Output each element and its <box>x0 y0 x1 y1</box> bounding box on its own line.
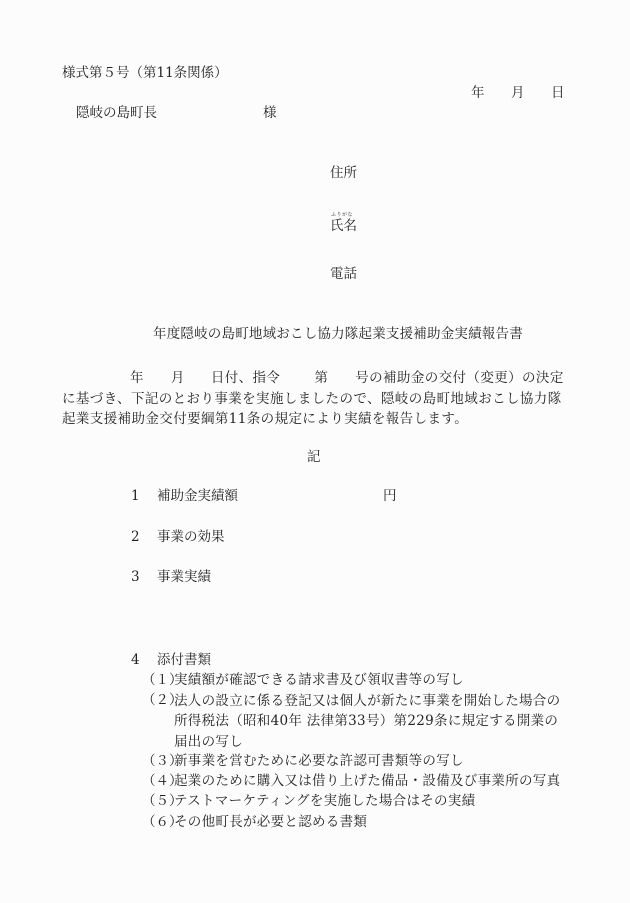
body-month: 月 <box>171 370 185 386</box>
item-4-label: 添付書類 <box>157 654 211 668</box>
date-day-label: 日 <box>551 87 565 101</box>
attachment-4-text: 起業のために購入又は借り上げた備品・設備及び事業所の写真 <box>174 775 560 789</box>
attachment-5-text: テストマーケティングを実施した場合はその実績 <box>174 795 475 809</box>
form-number: 様式第５号（第11条関係） <box>62 67 228 81</box>
item-3-number: 3 <box>131 571 140 585</box>
attachment-6-text: その他町長が必要と認める書類 <box>174 816 367 830</box>
name-label-with-furigana: ふりがな 氏名 <box>330 220 357 234</box>
item-1-label: 補助金実績額 <box>157 490 238 504</box>
item-1-number: 1 <box>131 490 140 504</box>
attachment-3-text: 新事業を営むために必要な許認可書類等の写し <box>174 755 464 769</box>
honorific: 様 <box>263 107 277 121</box>
date-month-label: 月 <box>511 87 525 101</box>
body-year: 年 <box>130 370 144 386</box>
item-3-label: 事業実績 <box>157 571 211 585</box>
item-4-number: 4 <box>131 654 140 668</box>
phone-label: 電話 <box>330 268 357 282</box>
addressee: 隠岐の島町長 <box>76 107 157 121</box>
report-title: 年度隠岐の島町地域おこし協力隊起業支援補助金実績報告書 <box>153 328 523 342</box>
body-paragraph: 年月日付、指令第号の補助金の交付（変更）の決定に基づき、下記のとおり事業を実施し… <box>62 368 567 430</box>
item-2-number: 2 <box>131 531 140 545</box>
address-label: 住所 <box>330 167 357 181</box>
item-2-label: 事業の効果 <box>157 531 225 545</box>
name-label: 氏名 <box>330 218 357 234</box>
ki-heading: 記 <box>307 451 321 465</box>
body-day-directive: 日付、指令 <box>211 370 281 386</box>
furigana: ふりがな <box>331 213 353 218</box>
date-year-label: 年 <box>471 87 485 101</box>
attachment-1-text: 実績額が確認できる請求書及び領収書等の写し <box>174 674 464 688</box>
attachment-2-text: 法人の設立に係る登記又は個人が新たに事業を開始した場合の所得税法（昭和40年 法… <box>174 691 566 752</box>
body-dai: 第 <box>314 370 328 386</box>
item-1-yen: 円 <box>383 490 397 504</box>
